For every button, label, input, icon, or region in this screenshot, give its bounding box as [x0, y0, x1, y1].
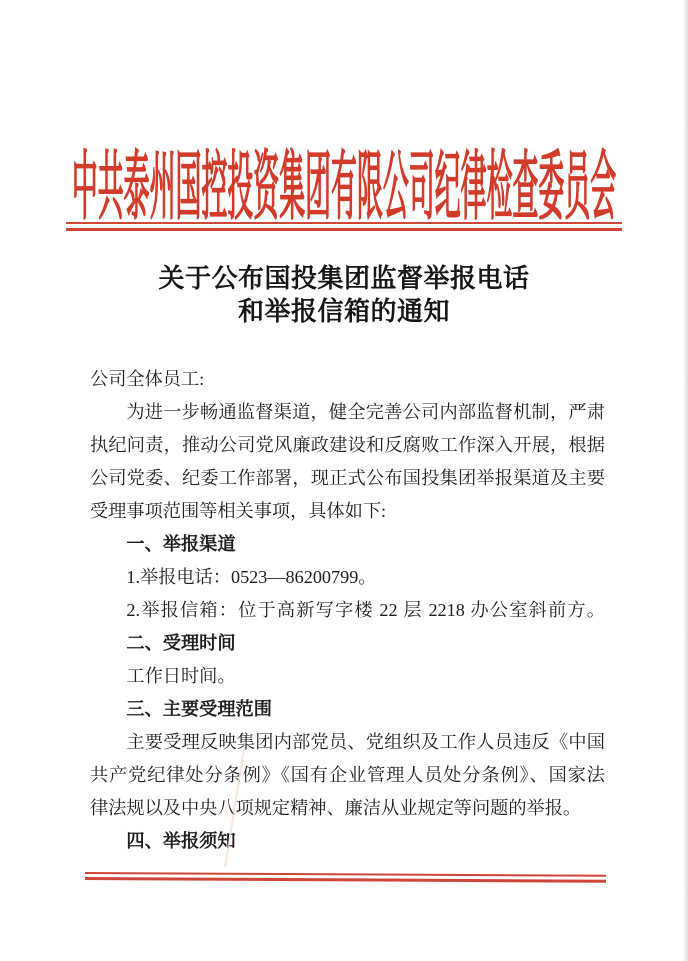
letterhead-title: 中共泰州国控投资集团有限公司纪律检查委员会 [72, 125, 616, 234]
footer-divider [85, 872, 606, 883]
hotline-number-line: 1.举报电话：0523—86200799。 [90, 561, 605, 594]
paragraph-line: 律法规以及中央八项规定精神、廉洁从业规定等问题的举报。 [90, 792, 605, 825]
paragraph-line: 受理事项范围等相关事项，具体如下: [90, 495, 605, 528]
mailbox-location-line: 2.举报信箱：位于高新写字楼 22 层 2218 办公室斜前方。 [90, 594, 605, 627]
section-heading-scope: 三、主要受理范围 [90, 693, 605, 726]
letterhead-divider [66, 222, 622, 231]
paragraph-line: 共产党纪律处分条例》《国有企业管理人员处分条例》、国家法 [90, 759, 605, 792]
paragraph-line: 为进一步畅通监督渠道，健全完善公司内部监督机制，严肃 [90, 396, 605, 429]
working-hours-line: 工作日时间。 [90, 660, 605, 693]
scan-page-edge [683, 0, 688, 961]
paragraph-line: 执纪问责，推动公司党风廉政建设和反腐败工作深入开展，根据 [90, 429, 605, 462]
paragraph-line: 主要受理反映集团内部党员、党组织及工作人员违反《中国 [90, 726, 605, 759]
paragraph-line: 公司党委、纪委工作部署，现正式公布国投集团举报渠道及主要 [90, 462, 605, 495]
document-body: 公司全体员工: 为进一步畅通监督渠道，健全完善公司内部监督机制，严肃 执纪问责，… [90, 363, 605, 858]
document-page: 中共泰州国控投资集团有限公司纪律检查委员会 关于公布国投集团监督举报电话 和举报… [0, 0, 688, 961]
section-heading-notes: 四、举报须知 [90, 825, 605, 858]
document-title-line2: 和举报信箱的通知 [0, 295, 688, 328]
section-heading-time: 二、受理时间 [90, 627, 605, 660]
document-title: 关于公布国投集团监督举报电话 和举报信箱的通知 [0, 262, 688, 328]
salutation: 公司全体员工: [90, 363, 605, 396]
letterhead: 中共泰州国控投资集团有限公司纪律检查委员会 [0, 140, 688, 220]
section-heading-channels: 一、举报渠道 [90, 528, 605, 561]
document-title-line1: 关于公布国投集团监督举报电话 [0, 262, 688, 295]
